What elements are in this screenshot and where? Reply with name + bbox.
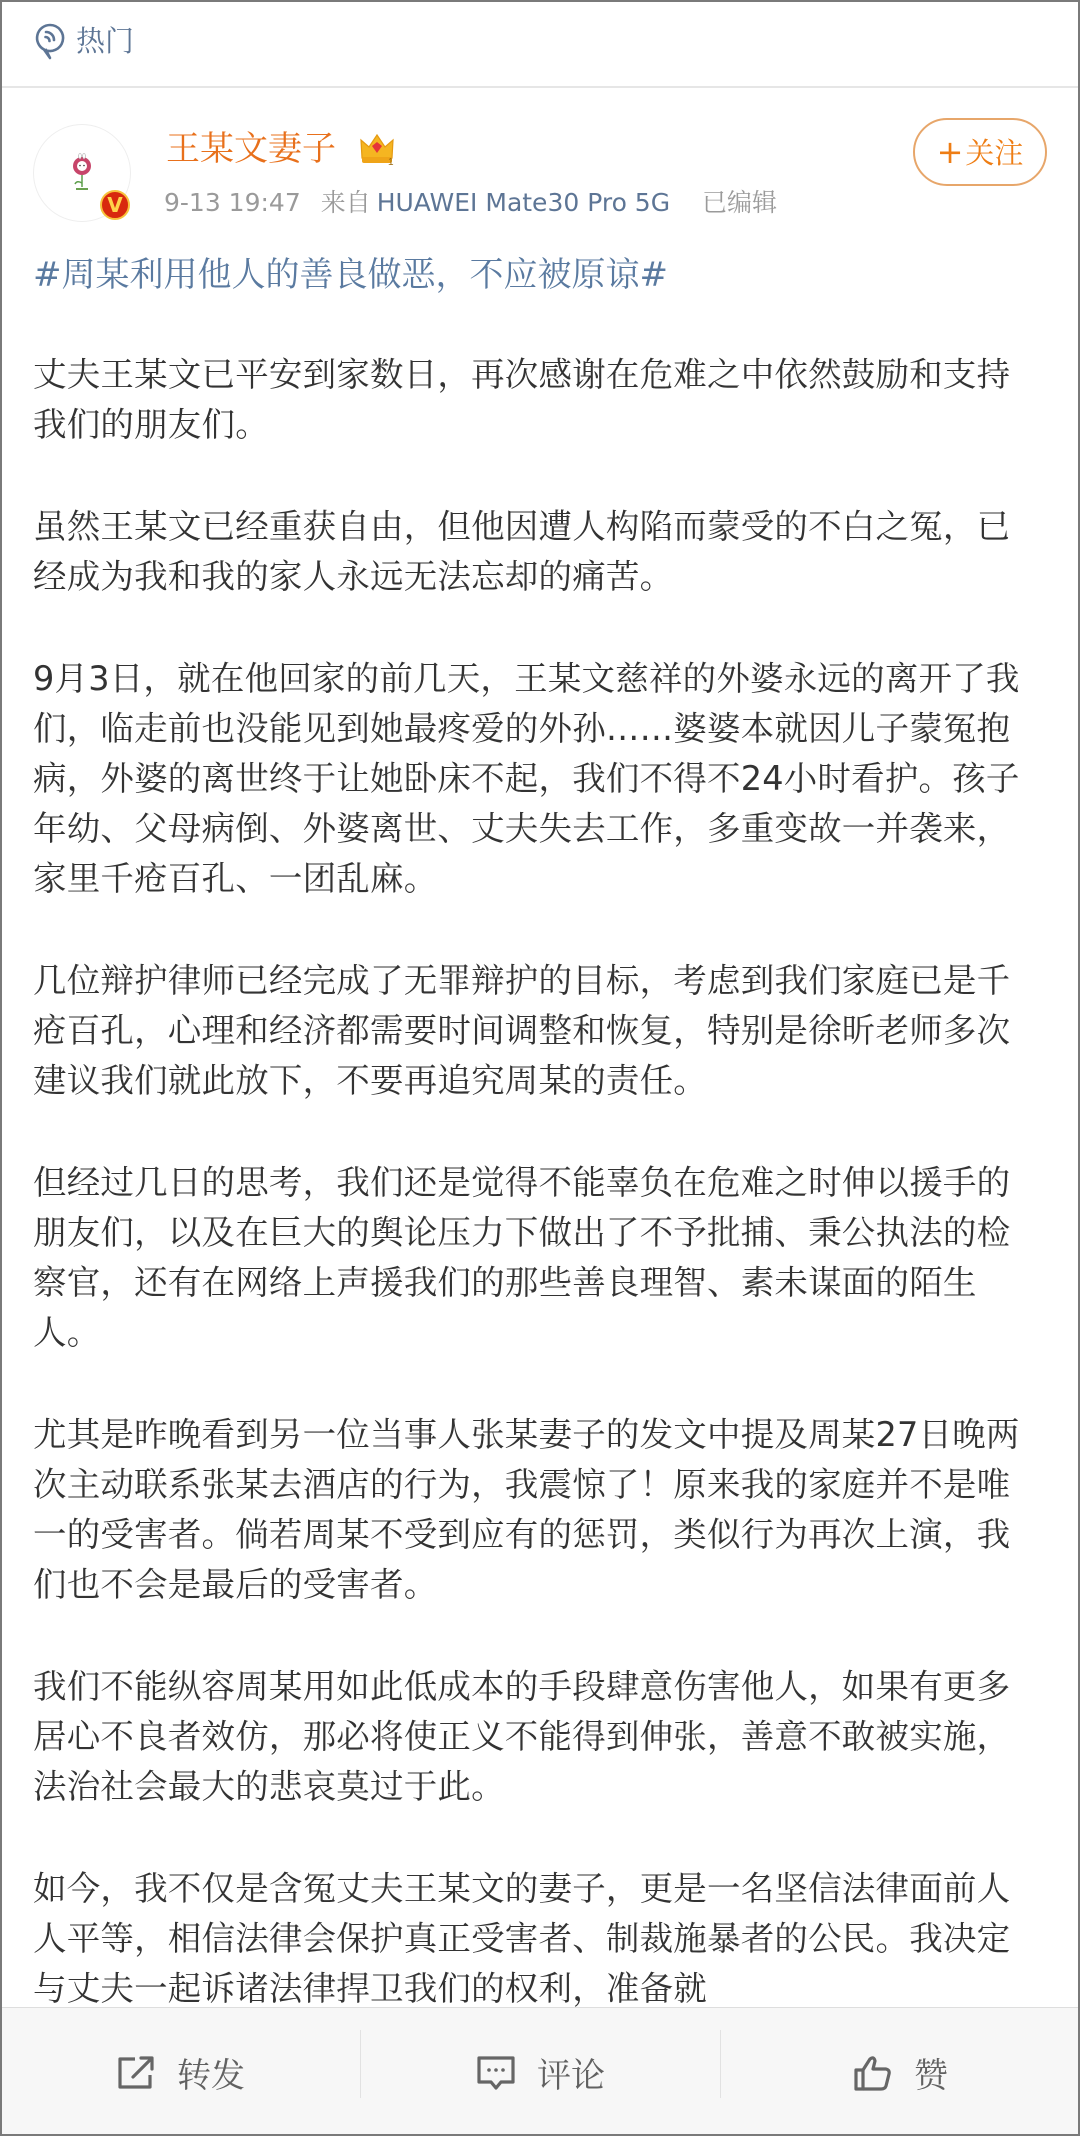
- follow-label: 关注: [965, 136, 1023, 170]
- share-icon: [115, 2053, 157, 2093]
- svg-text:1: 1: [388, 157, 394, 168]
- paragraph: 尤其是昨晚看到另一位当事人张某妻子的发文中提及周某27日晚两次主动联系张某去酒店…: [33, 1410, 1033, 1610]
- hot-section-header[interactable]: 热门: [0, 0, 1080, 88]
- thumbs-up-icon: [852, 2053, 894, 2093]
- follow-button[interactable]: +关注: [913, 118, 1047, 186]
- vip-crown-icon: 1: [357, 128, 397, 168]
- like-button[interactable]: 赞: [720, 2008, 1080, 2136]
- repost-button[interactable]: 转发: [0, 2008, 360, 2136]
- avatar-flower-bunny-image: [68, 153, 96, 193]
- post-timestamp: 9-13 19:47: [164, 188, 301, 217]
- verified-badge-icon: V: [100, 190, 130, 220]
- topic-hashtag-link[interactable]: #周某利用他人的善良做恶，不应被原谅#: [33, 252, 668, 298]
- paragraph: 几位辩护律师已经完成了无罪辩护的目标，考虑到我们家庭已是千疮百孔，心理和经济都需…: [33, 956, 1033, 1106]
- comment-icon: [475, 2053, 517, 2093]
- comment-button[interactable]: 评论: [360, 2008, 720, 2136]
- repost-label: 转发: [177, 2048, 245, 2097]
- edited-label[interactable]: 已编辑: [702, 188, 777, 217]
- paragraph: 丈夫王某文已平安到家数日，再次感谢在危难之中依然鼓励和支持我们的朋友们。: [33, 350, 1033, 450]
- paragraph: 但经过几日的思考，我们还是觉得不能辜负在危难之时伸以援手的朋友们，以及在巨大的舆…: [33, 1158, 1033, 1358]
- post-body: 丈夫王某文已平安到家数日，再次感谢在危难之中依然鼓励和支持我们的朋友们。 虽然王…: [33, 350, 1033, 2066]
- hot-bubble-icon: [34, 22, 66, 62]
- paragraph: 虽然王某文已经重获自由，但他因遭人构陷而蒙受的不白之冤，已经成为我和我的家人永远…: [33, 502, 1033, 602]
- author-name[interactable]: 王某文妻子: [166, 126, 336, 172]
- post-meta: 9-13 19:47 来自HUAWEI Mate30 Pro 5G 已编辑: [164, 185, 789, 221]
- hot-section-label: 热门: [76, 21, 134, 61]
- like-label: 赞: [914, 2048, 948, 2097]
- post-action-bar: 转发 评论 赞: [0, 2007, 1080, 2136]
- source-prefix: 来自: [321, 188, 371, 217]
- paragraph: 我们不能纵容周某用如此低成本的手段肆意伤害他人，如果有更多居心不良者效仿，那必将…: [33, 1662, 1033, 1812]
- plus-icon: +: [937, 133, 964, 171]
- source-device-link[interactable]: HUAWEI Mate30 Pro 5G: [377, 188, 670, 217]
- comment-label: 评论: [537, 2048, 605, 2097]
- paragraph: 9月3日，就在他回家的前几天，王某文慈祥的外婆永远的离开了我们，临走前也没能见到…: [33, 654, 1033, 904]
- paragraph: 如今，我不仅是含冤丈夫王某文的妻子，更是一名坚信法律面前人人平等，相信法律会保护…: [33, 1864, 1033, 2014]
